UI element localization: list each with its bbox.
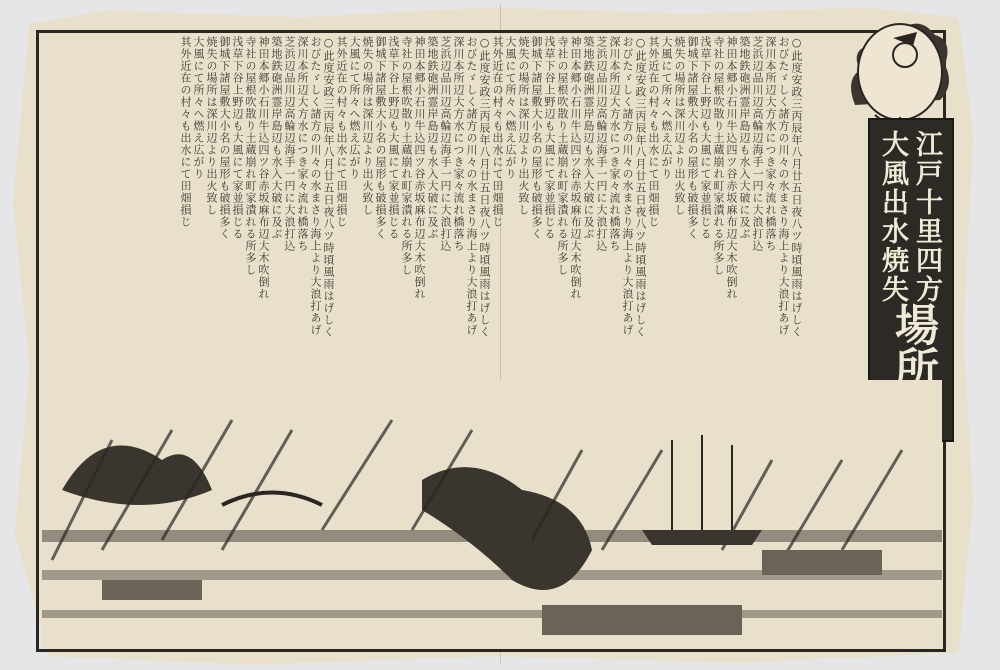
text-column: 芝浜辺品川辺高輪辺海手一円に大浪打込 <box>439 36 451 376</box>
text-column: 御城下諸屋敷大小名の屋形も破損多く <box>218 36 230 376</box>
text-column: 神田本郷小石川牛込四ツ谷赤坂麻布辺大木吹倒れ <box>413 36 425 376</box>
text-column: おびたゞしく諸方の川々の水まさり海上より大浪打あげ <box>621 36 633 376</box>
text-column: 築地鉄砲洲霊岸島辺も水入大破に及ぶ <box>582 36 594 376</box>
text-column: 深川本所辺大方水につき家々流れ橋落ち <box>608 36 620 376</box>
text-column: 其外近在の村々も出水にて田畑損じ <box>179 36 191 376</box>
text-column: 大風にて所々へ燃え広がり <box>192 36 204 376</box>
thunder-god-icon <box>845 10 955 130</box>
text-column: 其外近在の村々も出水にて田畑損じ <box>647 36 659 376</box>
text-column: 芝浜辺品川辺高輪辺海手一円に大浪打込 <box>751 36 763 376</box>
title-line-1: 江戸十里四方 <box>907 130 946 304</box>
text-column: 築地鉄砲洲霊岸島辺も水入大破に及ぶ <box>738 36 750 376</box>
text-column: 其外近在の村々も出水にて田畑損じ <box>335 36 347 376</box>
text-column: 浅草下谷上野辺も大風にて家並損じる <box>231 36 243 376</box>
text-column: 神田本郷小石川牛込四ツ谷赤坂麻布辺大木吹倒れ <box>725 36 737 376</box>
text-column: 浅草下谷上野辺も大風にて家並損じる <box>387 36 399 376</box>
text-column: おびたゞしく諸方の川々の水まさり海上より大浪打あげ <box>309 36 321 376</box>
text-column: 御城下諸屋敷大小名の屋形も破損多く <box>374 36 386 376</box>
text-column: 深川本所辺大方水につき家々流れ橋落ち <box>296 36 308 376</box>
text-column: 焼失の場所は深川辺より出火致し <box>205 36 217 376</box>
text-column: 築地鉄砲洲霊岸島辺も水入大破に及ぶ <box>270 36 282 376</box>
text-column: 寺社の屋根吹散り土蔵崩れ町家潰れる所多し <box>712 36 724 376</box>
text-column: おびたゞしく諸方の川々の水まさり海上より大浪打あげ <box>777 36 789 376</box>
text-column: 其外近在の村々も出水にて田畑損じ <box>491 36 503 376</box>
title-line-2: 大風出水焼失 <box>873 130 912 304</box>
text-column: 寺社の屋根吹散り土蔵崩れ町家潰れる所多し <box>400 36 412 376</box>
text-column: ○此度安政三丙辰年八月廿五日夜八ツ時頃風雨はげしく <box>790 36 802 376</box>
text-column: 芝浜辺品川辺高輪辺海手一円に大浪打込 <box>283 36 295 376</box>
text-column: 寺社の屋根吹散り土蔵崩れ町家潰れる所多し <box>244 36 256 376</box>
text-column: 浅草下谷上野辺も大風にて家並損じる <box>543 36 555 376</box>
text-column: 深川本所辺大方水につき家々流れ橋落ち <box>764 36 776 376</box>
text-column: ○此度安政三丙辰年八月廿五日夜八ツ時頃風雨はげしく <box>478 36 490 376</box>
text-column: 焼失の場所は深川辺より出火致し <box>361 36 373 376</box>
text-column: 神田本郷小石川牛込四ツ谷赤坂麻布辺大木吹倒れ <box>257 36 269 376</box>
text-column: 大風にて所々へ燃え広がり <box>504 36 516 376</box>
text-column: 大風にて所々へ燃え広がり <box>348 36 360 376</box>
text-column: ○此度安政三丙辰年八月廿五日夜八ツ時頃風雨はげしく <box>322 36 334 376</box>
text-column: 焼失の場所は深川辺より出火致し <box>673 36 685 376</box>
text-column: 御城下諸屋敷大小名の屋形も破損多く <box>686 36 698 376</box>
text-column: 焼失の場所は深川辺より出火致し <box>517 36 529 376</box>
text-column: 大風にて所々へ燃え広がり <box>660 36 672 376</box>
text-column: 深川本所辺大方水につき家々流れ橋落ち <box>452 36 464 376</box>
text-column: おびたゞしく諸方の川々の水まさり海上より大浪打あげ <box>465 36 477 376</box>
text-column: 寺社の屋根吹散り土蔵崩れ町家潰れる所多し <box>556 36 568 376</box>
text-column: 浅草下谷上野辺も大風にて家並損じる <box>699 36 711 376</box>
text-column: 御城下諸屋敷大小名の屋形も破損多く <box>530 36 542 376</box>
storm-illustration <box>42 380 942 648</box>
text-column: 芝浜辺品川辺高輪辺海手一円に大浪打込 <box>595 36 607 376</box>
text-column: ○此度安政三丙辰年八月廿五日夜八ツ時頃風雨はげしく <box>634 36 646 376</box>
text-column: 神田本郷小石川牛込四ツ谷赤坂麻布辺大木吹倒れ <box>569 36 581 376</box>
body-text: ○此度安政三丙辰年八月廿五日夜八ツ時頃風雨はげしく おびたゞしく諸方の川々の水ま… <box>42 36 802 376</box>
text-column: 築地鉄砲洲霊岸島辺も水入大破に及ぶ <box>426 36 438 376</box>
